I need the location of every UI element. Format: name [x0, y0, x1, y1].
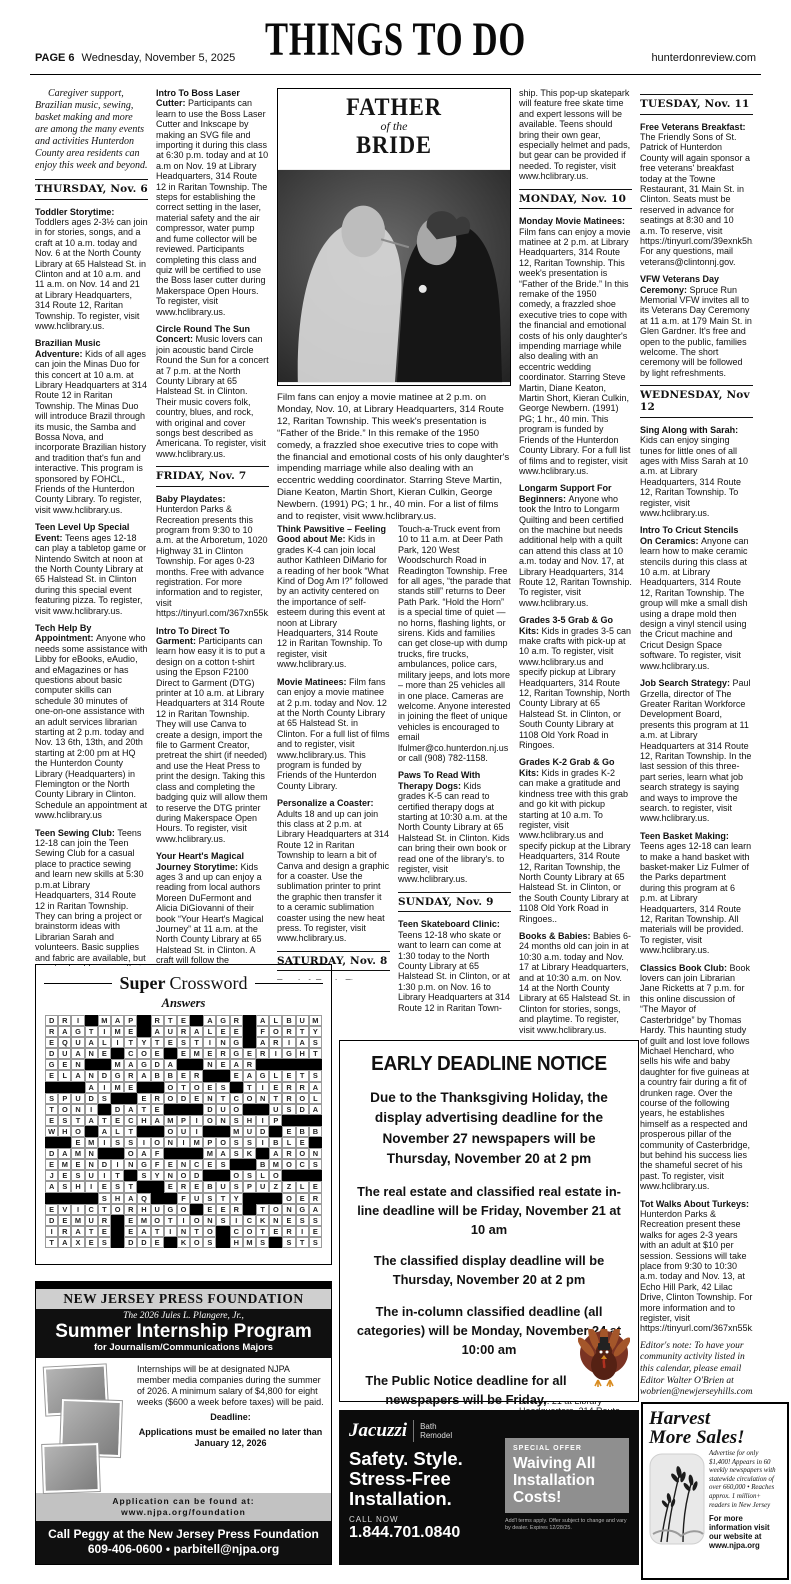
event-item: Movie Matinees: Film fans can enjoy a mo… [277, 677, 390, 791]
event-item: VFW Veterans Day Ceremony: Spruce Run Me… [640, 274, 753, 378]
crossword-letter-cell: O [177, 1204, 190, 1215]
jacuzzi-sub2: Remodel [420, 1431, 452, 1440]
crossword-letter-cell: I [256, 1115, 269, 1126]
crossword-letter-cell: G [45, 1059, 58, 1070]
crossword-black-cell [151, 1193, 164, 1204]
crossword-letter-cell: A [190, 1026, 203, 1037]
crossword-black-cell [58, 1082, 71, 1093]
page-number-date: PAGE 6Wednesday, November 5, 2025 [35, 52, 235, 64]
crossword-letter-cell: C [230, 1093, 243, 1104]
crossword-letter-cell: R [282, 1093, 295, 1104]
event-item: Job Search Strategy: Paul Grzella, direc… [640, 678, 753, 824]
crossword-letter-cell: Z [282, 1181, 295, 1192]
crossword-letter-cell: M [164, 1115, 177, 1126]
harvest-footer: For more information visit our website a… [709, 1514, 781, 1550]
crossword-letter-cell: E [58, 1059, 71, 1070]
crossword-letter-cell: D [45, 1015, 58, 1026]
crossword-letter-cell: O [230, 1170, 243, 1181]
crossword-letter-cell: S [58, 1115, 71, 1126]
crossword-letter-cell: G [111, 1070, 124, 1081]
njpa-body: Internships will be at designated NJPA m… [36, 1358, 331, 1493]
crossword-letter-cell: O [269, 1204, 282, 1215]
crossword-letter-cell: A [269, 1148, 282, 1159]
crossword-letter-cell: O [190, 1215, 203, 1226]
crossword-letter-cell: S [230, 1181, 243, 1192]
crossword-letter-cell: H [137, 1204, 150, 1215]
njpa-body-text-wrap: Internships will be at designated NJPA m… [131, 1364, 324, 1491]
crossword-letter-cell: I [203, 1037, 216, 1048]
crossword-letter-cell: H [58, 1126, 71, 1137]
day-header: THURSDAY, Nov. 6 [35, 179, 148, 200]
crossword-black-cell [164, 1193, 177, 1204]
crossword-letter-cell: D [296, 1104, 309, 1115]
crossword-letter-cell: U [151, 1204, 164, 1215]
crossword-letter-cell: U [256, 1181, 269, 1192]
crossword-black-cell [164, 1237, 177, 1248]
event-item: Intro To Cricut Stencils On Ceramics: An… [640, 525, 753, 671]
day-header: FRIDAY, Nov. 7 [156, 466, 269, 487]
event-title: Teen Sewing Club: [35, 828, 117, 838]
event-title: Paws To Read With Therapy Dogs: [398, 770, 480, 790]
crossword-letter-cell: N [216, 1037, 229, 1048]
jacuzzi-call-label: CALL NOW [349, 1515, 497, 1524]
crossword-letter-cell: I [85, 1104, 98, 1115]
crossword-letter-cell: C [85, 1204, 98, 1215]
events-column-3: Think Pawsitive – Feeling Good about Me:… [277, 524, 390, 980]
crossword-letter-cell: E [124, 1226, 137, 1237]
crossword-letter-cell: S [256, 1237, 269, 1248]
jacuzzi-right: SPECIAL OFFER Waiving All Installation C… [505, 1420, 629, 1557]
crossword-letter-cell: R [177, 1026, 190, 1037]
crossword-letter-cell: U [58, 1048, 71, 1059]
site-url: hunterdonreview.com [651, 52, 756, 64]
crossword-letter-cell: C [124, 1048, 137, 1059]
harvest-title-line1: Harvest [649, 1409, 781, 1428]
crossword-subtitle: Answers [44, 996, 323, 1011]
crossword-letter-cell: M [98, 1015, 111, 1026]
njpa-footer-line2: 609-406-0600 • parbitell@njpa.org [38, 1542, 329, 1557]
crossword-letter-cell: T [296, 1026, 309, 1037]
crossword-letter-cell: U [177, 1126, 190, 1137]
crossword-letter-cell: N [124, 1159, 137, 1170]
crossword-letter-cell: A [309, 1204, 322, 1215]
crossword-letter-cell: B [296, 1126, 309, 1137]
crossword-letter-cell: I [111, 1159, 124, 1170]
crossword-letter-cell: P [203, 1137, 216, 1148]
crossword-letter-cell: E [151, 1104, 164, 1115]
crossword-title-rest: Crossword [170, 973, 248, 993]
crossword-letter-cell: I [137, 1137, 150, 1148]
crossword-letter-cell: H [111, 1193, 124, 1204]
day-header: MONDAY, Nov. 10 [519, 189, 632, 210]
crossword-letter-cell: J [45, 1170, 58, 1181]
crossword-letter-cell: T [216, 1193, 229, 1204]
crossword-letter-cell: Y [151, 1170, 164, 1181]
crossword-letter-cell: L [256, 1170, 269, 1181]
crossword-letter-cell: E [124, 1215, 137, 1226]
crossword-letter-cell: S [282, 1104, 295, 1115]
crossword-letter-cell: M [190, 1048, 203, 1059]
crossword-letter-cell: A [256, 1037, 269, 1048]
crossword-letter-cell: E [111, 1115, 124, 1126]
jacuzzi-fine-print: Add'l terms apply. Offer subject to chan… [505, 1518, 629, 1532]
crossword-letter-cell: R [124, 1070, 137, 1081]
crossword-letter-cell: D [137, 1237, 150, 1248]
event-item: Teen Level Up Special Event: Teens ages … [35, 522, 148, 616]
crossword-letter-cell: U [216, 1181, 229, 1192]
crossword-black-cell [190, 1204, 203, 1215]
crossword-letter-cell: P [243, 1181, 256, 1192]
page-number: PAGE 6 [35, 52, 75, 64]
crossword-black-cell [177, 1104, 190, 1115]
event-title: Classics Book Club: [640, 963, 730, 973]
crossword-letter-cell: T [216, 1093, 229, 1104]
event-title: Grades 3-5 Grab & Go Kits: [519, 615, 613, 635]
crossword-black-cell [269, 1193, 282, 1204]
movie-title-art: FATHER of the BRIDE [278, 89, 510, 169]
crossword-black-cell [309, 1059, 322, 1070]
crossword-letter-cell: R [216, 1048, 229, 1059]
crossword-letter-cell: I [45, 1226, 58, 1237]
crossword-black-cell [71, 1193, 84, 1204]
crossword-letter-cell: G [230, 1048, 243, 1059]
crossword-letter-cell: A [151, 1026, 164, 1037]
harvest-title-line2: More Sales! [649, 1428, 781, 1447]
crossword-letter-cell: U [85, 1170, 98, 1181]
crossword-letter-cell: O [137, 1048, 150, 1059]
event-item: ship. This pop-up skatepark will feature… [519, 88, 632, 182]
crossword-letter-cell: A [111, 1015, 124, 1026]
crossword-black-cell [58, 1193, 71, 1204]
crossword-letter-cell: O [269, 1170, 282, 1181]
crossword-letter-cell: Y [137, 1037, 150, 1048]
crossword-letter-cell: G [282, 1048, 295, 1059]
crossword-letter-cell: X [71, 1237, 84, 1248]
crossword-letter-cell: O [216, 1137, 229, 1148]
jacuzzi-headline: Safety. Style. Stress-Free Installation. [349, 1449, 497, 1509]
crossword-letter-cell: E [177, 1048, 190, 1059]
movie-title-line1: FATHER [290, 89, 499, 120]
jacuzzi-offer-text: Waiving All Installation Costs! [513, 1455, 621, 1506]
njpa-footer: Call Peggy at the New Jersey Press Found… [36, 1521, 331, 1564]
crossword-letter-cell: A [124, 1193, 137, 1204]
crossword-letter-cell: S [230, 1115, 243, 1126]
crossword-letter-cell: Q [137, 1193, 150, 1204]
crossword-letter-cell: T [190, 1037, 203, 1048]
crossword-letter-cell: I [177, 1137, 190, 1148]
crossword-letter-cell: A [243, 1070, 256, 1081]
editors-note: Editor's note: To have your community ac… [640, 1341, 753, 1396]
crossword-black-cell [45, 1137, 58, 1148]
crossword-letter-cell: S [243, 1137, 256, 1148]
crossword-letter-cell: E [203, 1159, 216, 1170]
crossword-black-cell [111, 1215, 124, 1226]
crossword-letter-cell: B [203, 1181, 216, 1192]
crossword-black-cell [137, 1082, 150, 1093]
crossword-letter-cell: R [282, 1082, 295, 1093]
crossword-letter-cell: T [98, 1204, 111, 1215]
crossword-letter-cell: O [71, 1126, 84, 1137]
crossword-letter-cell: R [190, 1070, 203, 1081]
crossword-letter-cell: G [137, 1059, 150, 1070]
crossword-black-cell [177, 1059, 190, 1070]
crossword-letter-cell: R [45, 1026, 58, 1037]
events-column-4: Touch-a-Truck event from 10 to 11 a.m. a… [398, 524, 511, 1036]
crossword-letter-cell: O [243, 1093, 256, 1104]
crossword-letter-cell: E [296, 1137, 309, 1148]
crossword-black-cell [309, 1115, 322, 1126]
crossword-letter-cell: A [137, 1070, 150, 1081]
event-title: Monday Movie Matinees: [519, 216, 625, 226]
crossword-black-cell [243, 1026, 256, 1037]
event-item: Tech Help By Appointment: Anyone who nee… [35, 623, 148, 821]
crossword-letter-cell: N [85, 1148, 98, 1159]
crossword-letter-cell: I [269, 1048, 282, 1059]
event-item: Intro To Boss Laser Cutter: Participants… [156, 88, 269, 317]
crossword-letter-cell: I [282, 1037, 295, 1048]
crossword-letter-cell: G [296, 1204, 309, 1215]
crossword-letter-cell: O [151, 1215, 164, 1226]
event-item: Teen Sewing Club: Teens 12-18 can join t… [35, 828, 148, 966]
notice-title: EARLY DEADLINE NOTICE [347, 1053, 630, 1076]
event-item: Paws To Read With Therapy Dogs: Kids gra… [398, 770, 511, 884]
crossword-letter-cell: T [45, 1237, 58, 1248]
crossword-letter-cell: O [151, 1137, 164, 1148]
crossword-letter-cell: E [58, 1215, 71, 1226]
crossword-black-cell [111, 1093, 124, 1104]
event-item: Monday Movie Matinees: Film fans can enj… [519, 216, 632, 476]
crossword-letter-cell: N [282, 1204, 295, 1215]
day-header: WEDNESDAY, Nov 12 [640, 385, 753, 418]
crossword-letter-cell: A [71, 1048, 84, 1059]
event-title: Books & Babies: [519, 931, 593, 941]
crossword-letter-cell: K [243, 1148, 256, 1159]
crossword-letter-cell: M [190, 1137, 203, 1148]
crossword-letter-cell: E [164, 1159, 177, 1170]
crossword-letter-cell: N [203, 1215, 216, 1226]
crossword-letter-cell: T [269, 1093, 282, 1104]
crossword-letter-cell: E [269, 1082, 282, 1093]
crossword-letter-cell: P [269, 1115, 282, 1126]
crossword-letter-cell: S [309, 1159, 322, 1170]
crossword-black-cell [111, 1048, 124, 1059]
crossword-letter-cell: I [71, 1204, 84, 1215]
crossword-letter-cell: C [243, 1215, 256, 1226]
crossword-letter-cell: B [282, 1015, 295, 1026]
notice-paragraph: Due to the Thanksgiving Holiday, the dis… [354, 1088, 624, 1170]
crossword-letter-cell: N [216, 1115, 229, 1126]
crossword-letter-cell: S [216, 1159, 229, 1170]
notice-paragraph: The classified display deadline will be … [354, 1251, 624, 1289]
event-item: Books & Babies: Babies 6-24 months old c… [519, 931, 632, 1035]
crossword-letter-cell: A [296, 1037, 309, 1048]
crossword-letter-cell: E [269, 1226, 282, 1237]
crossword-letter-cell: O [282, 1193, 295, 1204]
crossword-letter-cell: T [296, 1070, 309, 1081]
crossword-letter-cell: B [309, 1126, 322, 1137]
crossword-letter-cell: I [190, 1126, 203, 1137]
crossword-black-cell [243, 1204, 256, 1215]
crossword-letter-cell: T [177, 1082, 190, 1093]
crossword-letter-cell: O [190, 1237, 203, 1248]
crossword-letter-cell: M [58, 1159, 71, 1170]
crossword-letter-cell: F [151, 1159, 164, 1170]
njpa-title-block: The 2026 Jules L. Plangere, Jr., Summer … [36, 1309, 331, 1358]
jacuzzi-divider [413, 1420, 414, 1442]
crossword-black-cell [85, 1015, 98, 1026]
crossword-black-cell [243, 1015, 256, 1026]
jacuzzi-phone: 1.844.701.0840 [349, 1524, 497, 1542]
crossword-letter-cell: S [230, 1137, 243, 1148]
crossword-letter-cell: B [269, 1137, 282, 1148]
njpa-top-bar [36, 1282, 331, 1289]
crossword-letter-cell: E [137, 1093, 150, 1104]
crossword-letter-cell: T [124, 1181, 137, 1192]
crossword-letter-cell: O [190, 1082, 203, 1093]
crossword-letter-cell: O [58, 1104, 71, 1115]
crossword-letter-cell: P [124, 1015, 137, 1026]
crossword-letter-cell: M [269, 1159, 282, 1170]
njpa-internship-ad: NEW JERSEY PRESS FOUNDATION The 2026 Jul… [35, 1281, 332, 1565]
harvest-sales-ad: Harvest More Sales! [641, 1402, 789, 1580]
crossword-letter-cell: N [256, 1093, 269, 1104]
harvest-body-text: Advertise for only $1,400! Appears in 60… [709, 1450, 781, 1510]
notice-paragraph: The real estate and classified real esta… [354, 1182, 624, 1240]
crossword-letter-cell: O [296, 1093, 309, 1104]
crossword-black-cell [296, 1059, 309, 1070]
crossword-letter-cell: A [71, 1070, 84, 1081]
crossword-letter-cell: E [216, 1204, 229, 1215]
crossword-letter-cell: S [98, 1237, 111, 1248]
crossword-letter-cell: F [256, 1026, 269, 1037]
crossword-letter-cell: H [230, 1237, 243, 1248]
crossword-black-cell [230, 1159, 243, 1170]
crossword-letter-cell: E [98, 1226, 111, 1237]
event-item: Intro To Direct To Garment: Participants… [156, 626, 269, 845]
crossword-letter-cell: O [269, 1026, 282, 1037]
crossword-letter-cell: N [177, 1226, 190, 1237]
crossword-letter-cell: A [137, 1226, 150, 1237]
crossword-letter-cell: S [309, 1237, 322, 1248]
event-title: Circle Round The Sun Concert: [156, 324, 250, 344]
crossword-box: SuperCrossword Answers DRIMAPRTEAGRALBUM… [35, 964, 332, 1265]
photo-caption: Film fans can enjoy a movie matinee at 2… [277, 392, 511, 520]
crossword-letter-cell: N [85, 1070, 98, 1081]
crossword-letter-cell: E [296, 1193, 309, 1204]
crossword-letter-cell: R [256, 1048, 269, 1059]
crossword-black-cell [309, 1137, 322, 1148]
crossword-black-cell [98, 1059, 111, 1070]
crossword-letter-cell: M [203, 1148, 216, 1159]
events-column-6: TUESDAY, Nov. 11Free Veterans Breakfast:… [640, 88, 753, 1396]
page-date: Wednesday, November 5, 2025 [82, 52, 236, 64]
crossword-letter-cell: H [243, 1115, 256, 1126]
crossword-black-cell [243, 1104, 256, 1115]
crossword-letter-cell: E [243, 1048, 256, 1059]
crossword-letter-cell: S [216, 1082, 229, 1093]
crossword-black-cell [137, 1126, 150, 1137]
crossword-letter-cell: E [45, 1115, 58, 1126]
crossword-letter-cell: N [85, 1159, 98, 1170]
crossword-letter-cell: E [190, 1181, 203, 1192]
crossword-letter-cell: S [124, 1137, 137, 1148]
crossword-letter-cell: A [309, 1104, 322, 1115]
event-item: Classics Book Club: Book lovers can join… [640, 963, 753, 1192]
event-title: Brazilian Music Adventure: [35, 338, 101, 358]
crossword-black-cell [137, 1015, 150, 1026]
crossword-letter-cell: S [111, 1137, 124, 1148]
crossword-letter-cell: B [256, 1159, 269, 1170]
crossword-letter-cell: E [98, 1181, 111, 1192]
crossword-letter-cell: V [58, 1204, 71, 1215]
crossword-black-cell [164, 1048, 177, 1059]
crossword-letter-cell: G [230, 1037, 243, 1048]
crossword-letter-cell: E [71, 1137, 84, 1148]
crossword-letter-cell: B [164, 1070, 177, 1081]
crossword-black-cell [98, 1104, 111, 1115]
crossword-letter-cell: R [151, 1093, 164, 1104]
crossword-letter-cell: R [309, 1193, 322, 1204]
crossword-letter-cell: E [85, 1237, 98, 1248]
crossword-letter-cell: U [190, 1193, 203, 1204]
crossword-black-cell [256, 1059, 269, 1070]
crossword-letter-cell: I [256, 1082, 269, 1093]
crossword-letter-cell: L [58, 1070, 71, 1081]
crossword-letter-cell: E [45, 1070, 58, 1081]
event-title: Job Search Strategy: [640, 678, 733, 688]
crossword-letter-cell: N [164, 1170, 177, 1181]
events-column-1: Caregiver support, Brazilian music, sewi… [35, 88, 148, 966]
event-item: Touch-a-Truck event from 10 to 11 a.m. a… [398, 524, 511, 763]
crossword-letter-cell: C [230, 1226, 243, 1237]
crossword-letter-cell: O [164, 1093, 177, 1104]
njpa-for-line: for Journalism/Communications Majors [36, 1342, 331, 1353]
event-title: Toddler Storytime: [35, 207, 114, 217]
crossword-letter-cell: R [98, 1215, 111, 1226]
crossword-black-cell [243, 1037, 256, 1048]
crossword-letter-cell: D [45, 1148, 58, 1159]
event-item: Grades 3-5 Grab & Go Kits: Kids in grade… [519, 615, 632, 750]
crossword-black-cell [190, 1104, 203, 1115]
crossword-letter-cell: S [296, 1215, 309, 1226]
crossword-letter-cell: T [309, 1048, 322, 1059]
crossword-letter-cell: R [230, 1015, 243, 1026]
crossword-letter-cell: E [230, 1070, 243, 1081]
crossword-letter-cell: A [256, 1015, 269, 1026]
crossword-letter-cell: T [164, 1015, 177, 1026]
crossword-letter-cell: E [177, 1015, 190, 1026]
event-title: Tot Walks About Turkeys: [640, 1199, 749, 1209]
crossword-letter-cell: U [216, 1104, 229, 1115]
crossword-letter-cell: L [203, 1026, 216, 1037]
crossword-letter-cell: A [85, 1115, 98, 1126]
crossword-letter-cell: B [151, 1070, 164, 1081]
crossword-letter-cell: D [98, 1070, 111, 1081]
crossword-letter-cell: S [282, 1237, 295, 1248]
crossword-letter-cell: M [230, 1126, 243, 1137]
crossword-letter-cell: F [151, 1148, 164, 1159]
crossword-letter-cell: T [85, 1026, 98, 1037]
crossword-letter-cell: T [85, 1226, 98, 1237]
crossword-letter-cell: Y [230, 1193, 243, 1204]
crossword-letter-cell: G [137, 1159, 150, 1170]
crossword-letter-cell: D [190, 1170, 203, 1181]
crossword-letter-cell: I [296, 1226, 309, 1237]
movie-title-line3: BRIDE [290, 133, 499, 158]
crossword-letter-cell: I [71, 1015, 84, 1026]
event-title: Intro To Direct To Garment: [156, 626, 230, 646]
crossword-black-cell [190, 1059, 203, 1070]
